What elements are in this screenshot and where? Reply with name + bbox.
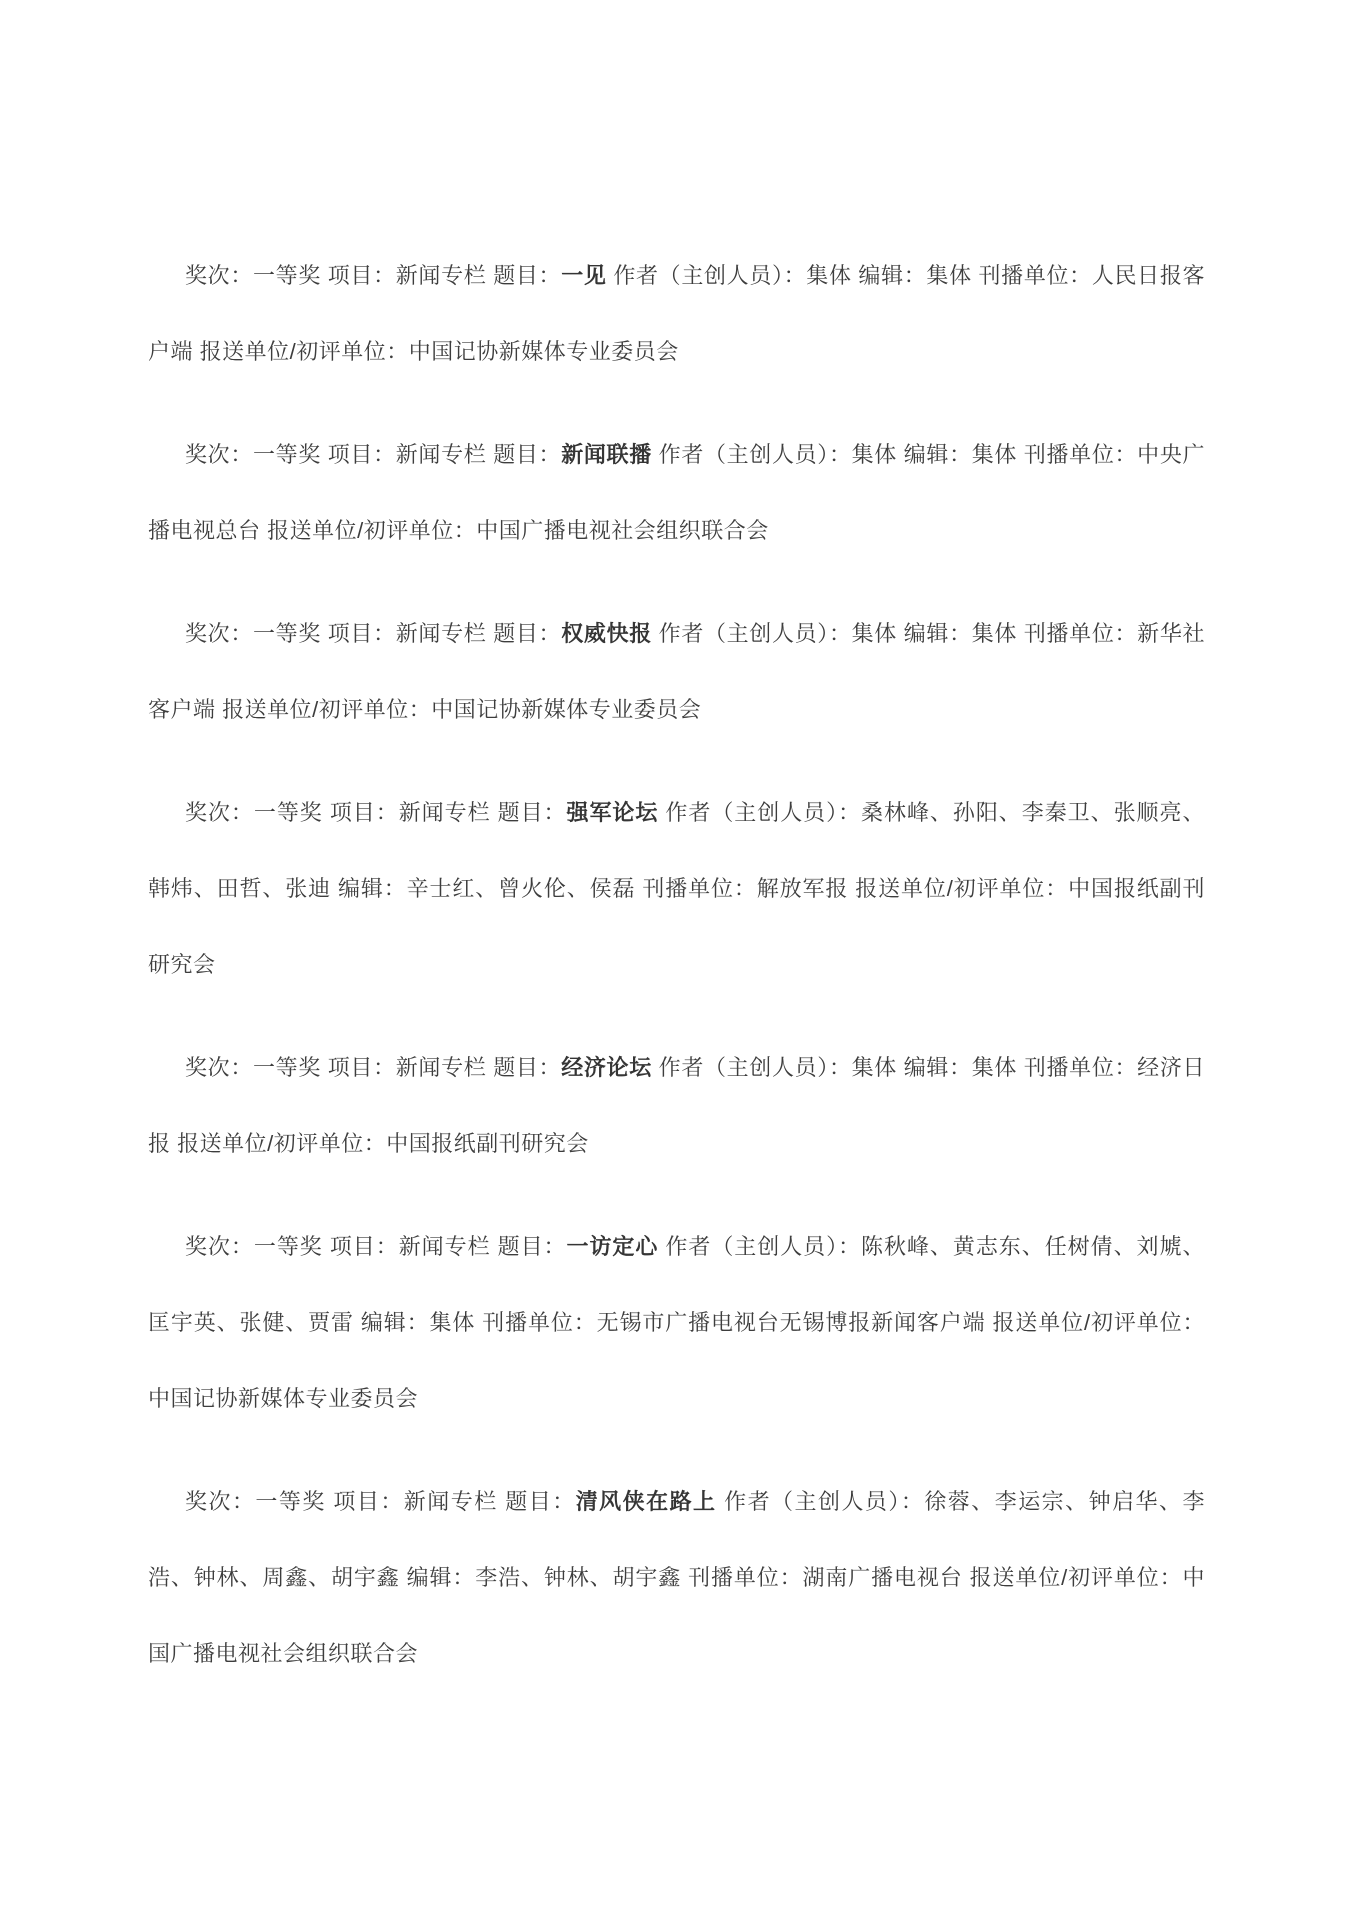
- entry-fields-before-title: 奖次：一等奖 项目：新闻专栏 题目：: [185, 263, 561, 288]
- award-entry: 奖次：一等奖 项目：新闻专栏 题目：新闻联播 作者（主创人员）：集体 编辑：集体…: [148, 417, 1205, 569]
- entry-title: 清风侠在路上: [576, 1489, 717, 1514]
- entry-fields-after-title: 作者（主创人员）：徐蓉、李运宗、钟启华、李浩、钟林、周鑫、胡宇鑫 编辑：李浩、钟…: [148, 1489, 1205, 1666]
- award-entry: 奖次：一等奖 项目：新闻专栏 题目：清风侠在路上 作者（主创人员）：徐蓉、李运宗…: [148, 1464, 1205, 1692]
- entry-fields-before-title: 奖次：一等奖 项目：新闻专栏 题目：: [185, 1055, 561, 1080]
- entry-title: 一访定心: [567, 1234, 659, 1259]
- award-entry: 奖次：一等奖 项目：新闻专栏 题目：一访定心 作者（主创人员）：陈秋峰、黄志东、…: [148, 1209, 1205, 1437]
- award-entry: 奖次：一等奖 项目：新闻专栏 题目：经济论坛 作者（主创人员）：集体 编辑：集体…: [148, 1030, 1205, 1182]
- award-entries-list: 奖次：一等奖 项目：新闻专栏 题目：一见 作者（主创人员）：集体 编辑：集体 刊…: [148, 238, 1205, 1692]
- entry-fields-before-title: 奖次：一等奖 项目：新闻专栏 题目：: [185, 800, 567, 825]
- entry-fields-before-title: 奖次：一等奖 项目：新闻专栏 题目：: [185, 621, 561, 646]
- entry-fields-before-title: 奖次：一等奖 项目：新闻专栏 题目：: [185, 1234, 567, 1259]
- entry-title: 新闻联播: [561, 442, 652, 467]
- document-page: 奖次：一等奖 项目：新闻专栏 题目：一见 作者（主创人员）：集体 编辑：集体 刊…: [0, 0, 1350, 1910]
- award-entry: 奖次：一等奖 项目：新闻专栏 题目：一见 作者（主创人员）：集体 编辑：集体 刊…: [148, 238, 1205, 390]
- entry-fields-after-title: 作者（主创人员）：桑林峰、孙阳、李秦卫、张顺亮、韩炜、田哲、张迪 编辑：辛士红、…: [148, 800, 1205, 977]
- entry-title: 经济论坛: [561, 1055, 652, 1080]
- award-entry: 奖次：一等奖 项目：新闻专栏 题目：权威快报 作者（主创人员）：集体 编辑：集体…: [148, 596, 1205, 748]
- entry-title: 一见: [561, 263, 606, 288]
- entry-fields-before-title: 奖次：一等奖 项目：新闻专栏 题目：: [185, 442, 561, 467]
- award-entry: 奖次：一等奖 项目：新闻专栏 题目：强军论坛 作者（主创人员）：桑林峰、孙阳、李…: [148, 775, 1205, 1003]
- entry-title: 强军论坛: [567, 800, 659, 825]
- entry-fields-before-title: 奖次：一等奖 项目：新闻专栏 题目：: [185, 1489, 576, 1514]
- entry-fields-after-title: 作者（主创人员）：陈秋峰、黄志东、任树倩、刘虓、匡宇英、张健、贾雷 编辑：集体 …: [148, 1234, 1205, 1411]
- entry-title: 权威快报: [561, 621, 652, 646]
